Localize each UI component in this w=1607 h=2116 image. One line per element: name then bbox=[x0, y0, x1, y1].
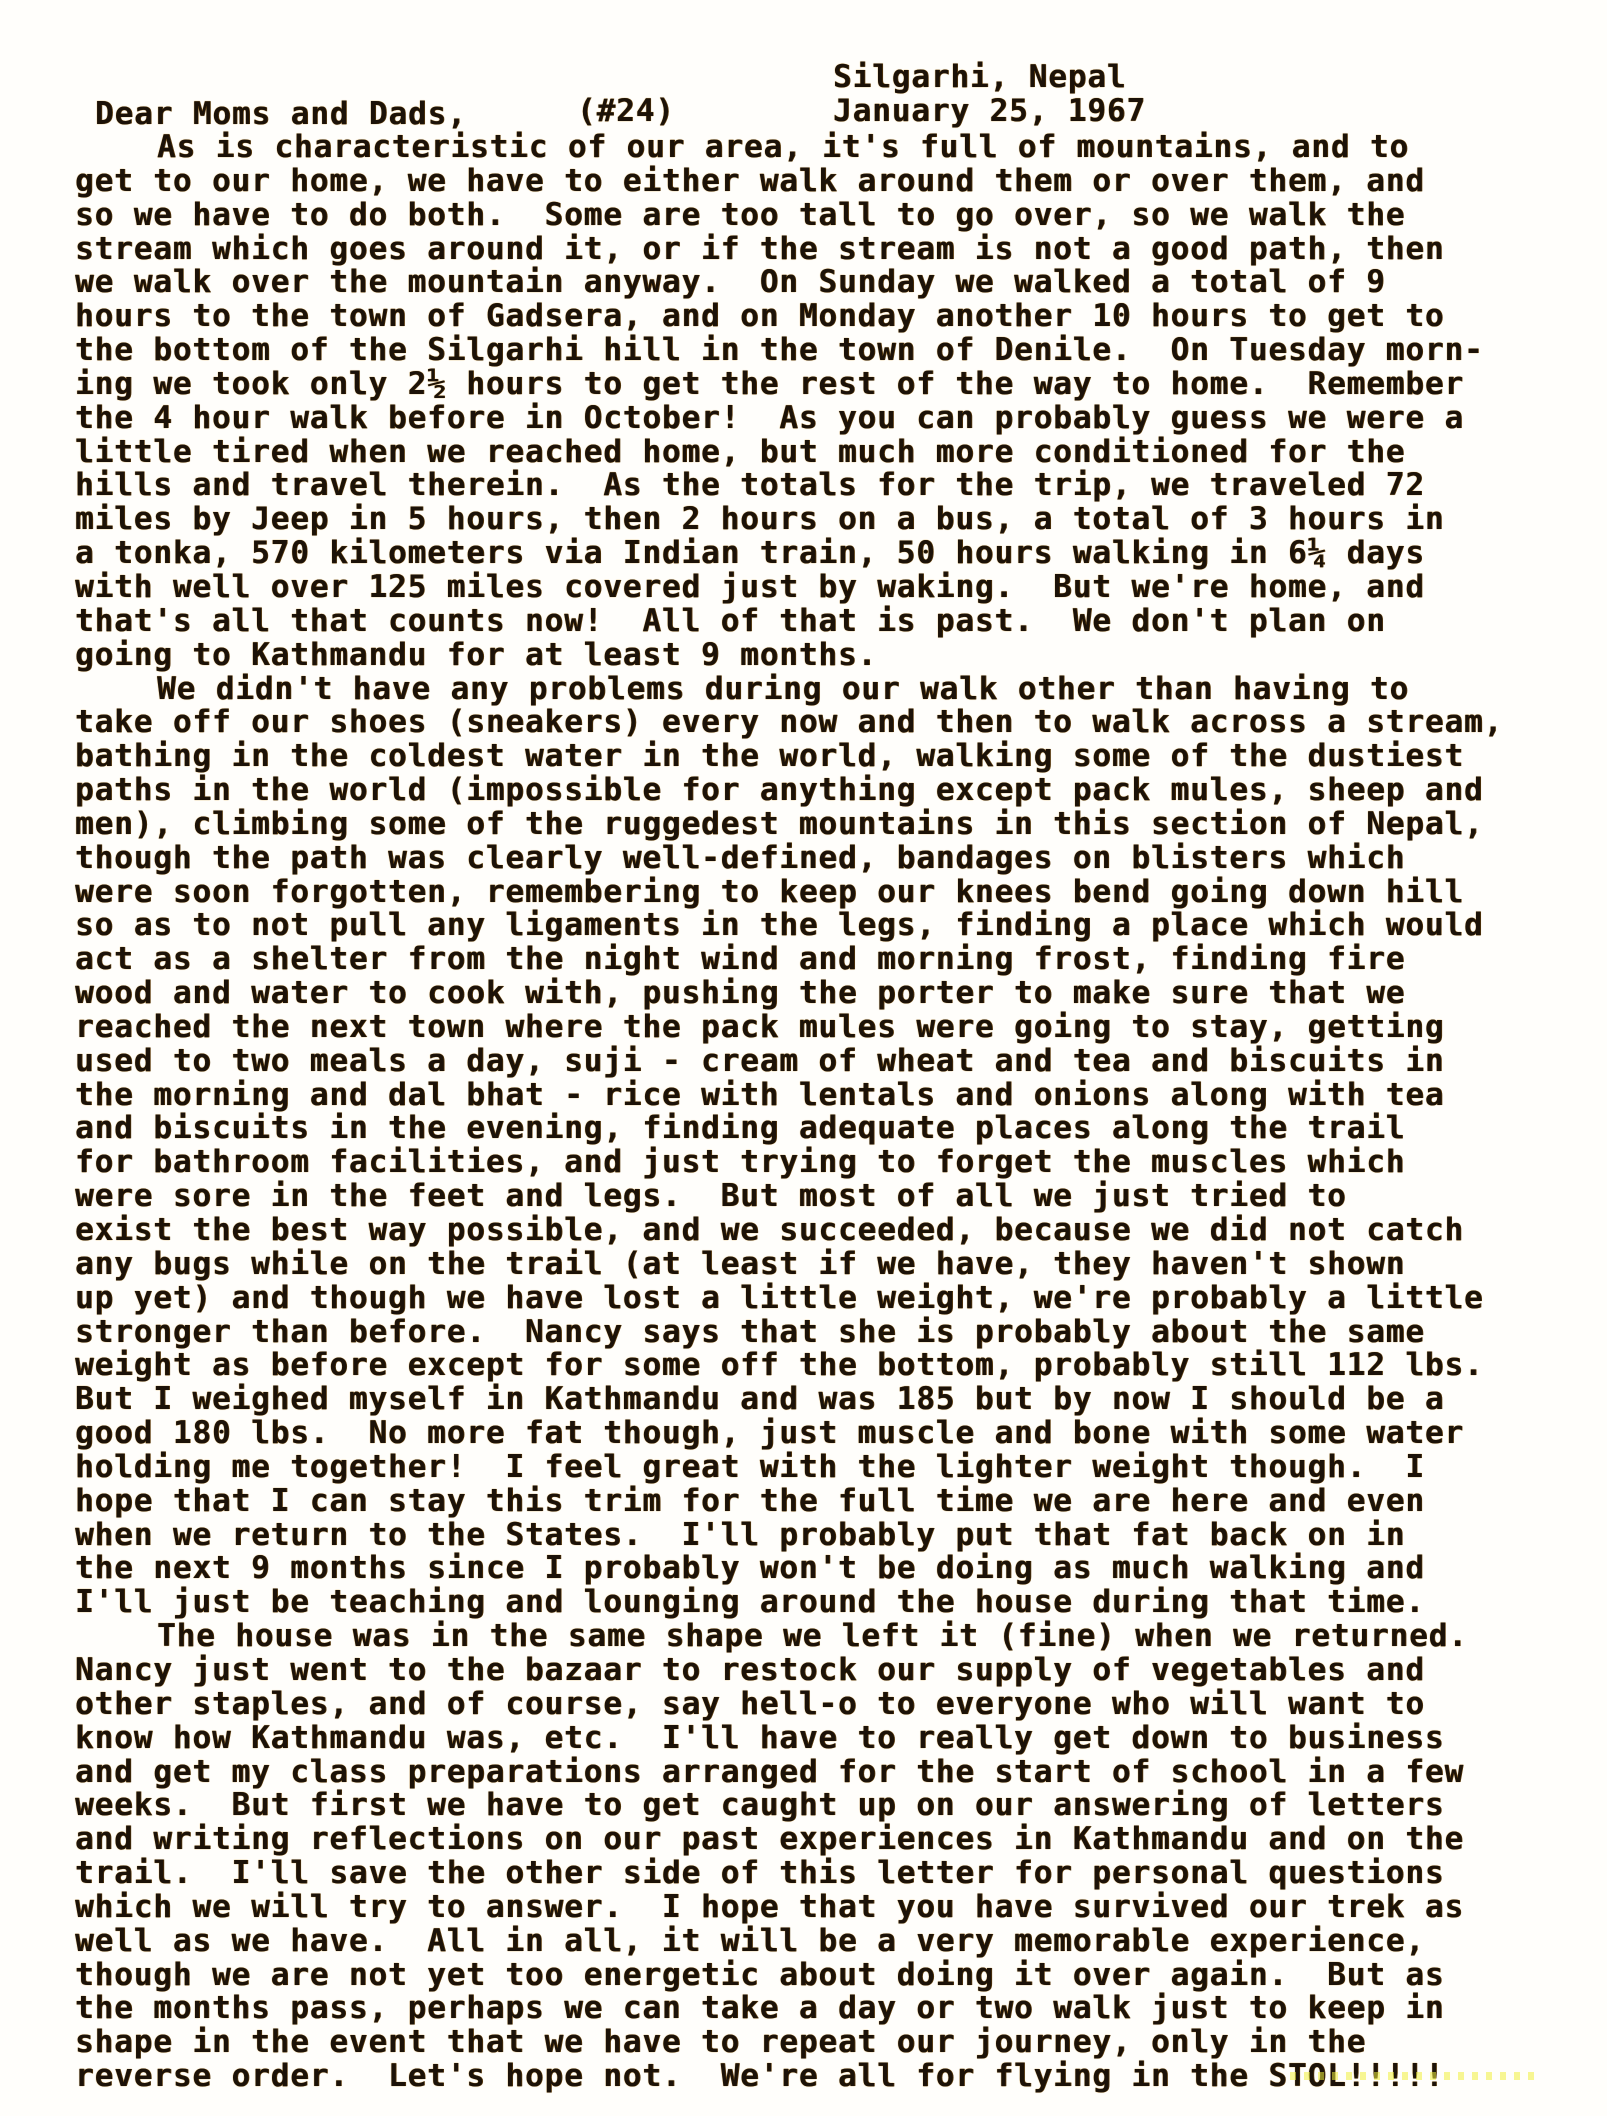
letter-body: As is characteristic of our area, it's f… bbox=[75, 131, 1575, 2094]
text-line: so we have to do both. Some are too tall… bbox=[75, 199, 1575, 233]
paragraph-first-line: We didn't have any problems during our w… bbox=[75, 673, 1575, 707]
text-line: the 4 hour walk before in October! As yo… bbox=[75, 402, 1575, 436]
text-line: the months pass, perhaps we can take a d… bbox=[75, 1992, 1575, 2026]
text-line: other staples, and of course, say hell-o… bbox=[75, 1688, 1575, 1722]
letter-number: (#24) bbox=[577, 94, 675, 128]
text-line: But I weighed myself in Kathmandu and wa… bbox=[75, 1383, 1575, 1417]
ink-smudge bbox=[1290, 2072, 1540, 2080]
text-line: act as a shelter from the night wind and… bbox=[75, 943, 1575, 977]
paragraph-first-line: The house was in the same shape we left … bbox=[75, 1620, 1575, 1654]
text-line: for bathroom facilities, and just trying… bbox=[75, 1146, 1575, 1180]
text-line: hope that I can stay this trim for the f… bbox=[75, 1485, 1575, 1519]
text-line: hours to the town of Gadsera, and on Mon… bbox=[75, 300, 1575, 334]
text-line: a tonka, 570 kilometers via Indian train… bbox=[75, 537, 1575, 571]
text-line: exist the best way possible, and we succ… bbox=[75, 1214, 1575, 1248]
text-line: were soon forgotten, remembering to keep… bbox=[75, 876, 1575, 910]
text-line: Nancy just went to the bazaar to restock… bbox=[75, 1654, 1575, 1688]
text-line: the bottom of the Silgarhi hill in the t… bbox=[75, 334, 1575, 368]
text-line: I'll just be teaching and lounging aroun… bbox=[75, 1586, 1575, 1620]
letter-place: Silgarhi, Nepal bbox=[833, 60, 1126, 94]
text-line: going to Kathmandu for at least 9 months… bbox=[75, 639, 1575, 673]
text-line: and writing reflections on our past expe… bbox=[75, 1823, 1575, 1857]
text-line: stronger than before. Nancy says that sh… bbox=[75, 1316, 1575, 1350]
text-line: used to two meals a day, suji - cream of… bbox=[75, 1045, 1575, 1079]
text-line: that's all that counts now! All of that … bbox=[75, 605, 1575, 639]
text-line: weight as before except for some off the… bbox=[75, 1349, 1575, 1383]
text-line: miles by Jeep in 5 hours, then 2 hours o… bbox=[75, 503, 1575, 537]
text-line: which we will try to answer. I hope that… bbox=[75, 1891, 1575, 1925]
text-line: well as we have. All in all, it will be … bbox=[75, 1925, 1575, 1959]
text-line: the morning and dal bhat - rice with len… bbox=[75, 1079, 1575, 1113]
text-line: men), climbing some of the ruggedest mou… bbox=[75, 808, 1575, 842]
text-line: we walk over the mountain anyway. On Sun… bbox=[75, 266, 1575, 300]
text-line: hills and travel therein. As the totals … bbox=[75, 469, 1575, 503]
text-line: ing we took only 2½ hours to get the res… bbox=[75, 368, 1575, 402]
text-line: any bugs while on the trail (at least if… bbox=[75, 1248, 1575, 1282]
text-line: when we return to the States. I'll proba… bbox=[75, 1519, 1575, 1553]
text-line: the next 9 months since I probably won't… bbox=[75, 1552, 1575, 1586]
text-line: bathing in the coldest water in the worl… bbox=[75, 740, 1575, 774]
text-line: good 180 lbs. No more fat though, just m… bbox=[75, 1417, 1575, 1451]
text-line: and get my class preparations arranged f… bbox=[75, 1756, 1575, 1790]
text-line: though the path was clearly well-defined… bbox=[75, 842, 1575, 876]
salutation: Dear Moms and Dads, bbox=[95, 97, 467, 131]
text-line: stream which goes around it, or if the s… bbox=[75, 233, 1575, 267]
text-line: though we are not yet too energetic abou… bbox=[75, 1959, 1575, 1993]
text-line: little tired when we reached home, but m… bbox=[75, 436, 1575, 470]
text-line: paths in the world (impossible for anyth… bbox=[75, 774, 1575, 808]
text-line: up yet) and though we have lost a little… bbox=[75, 1282, 1575, 1316]
text-line: trail. I'll save the other side of this … bbox=[75, 1857, 1575, 1891]
text-line: know how Kathmandu was, etc. I'll have t… bbox=[75, 1722, 1575, 1756]
text-line: and biscuits in the evening, finding ade… bbox=[75, 1112, 1575, 1146]
text-line: so as to not pull any ligaments in the l… bbox=[75, 909, 1575, 943]
paragraph-first-line: As is characteristic of our area, it's f… bbox=[75, 131, 1575, 165]
letter-date: January 25, 1967 bbox=[833, 94, 1146, 128]
text-line: reached the next town where the pack mul… bbox=[75, 1011, 1575, 1045]
letter-page: Silgarhi, Nepal January 25, 1967 Dear Mo… bbox=[0, 0, 1607, 2116]
text-line: get to our home, we have to either walk … bbox=[75, 165, 1575, 199]
text-line: were sore in the feet and legs. But most… bbox=[75, 1180, 1575, 1214]
text-line: wood and water to cook with, pushing the… bbox=[75, 977, 1575, 1011]
text-line: holding me together! I feel great with t… bbox=[75, 1451, 1575, 1485]
text-line: with well over 125 miles covered just by… bbox=[75, 571, 1575, 605]
text-line: weeks. But first we have to get caught u… bbox=[75, 1789, 1575, 1823]
text-line: shape in the event that we have to repea… bbox=[75, 2026, 1575, 2060]
text-line: take off our shoes (sneakers) every now … bbox=[75, 706, 1575, 740]
